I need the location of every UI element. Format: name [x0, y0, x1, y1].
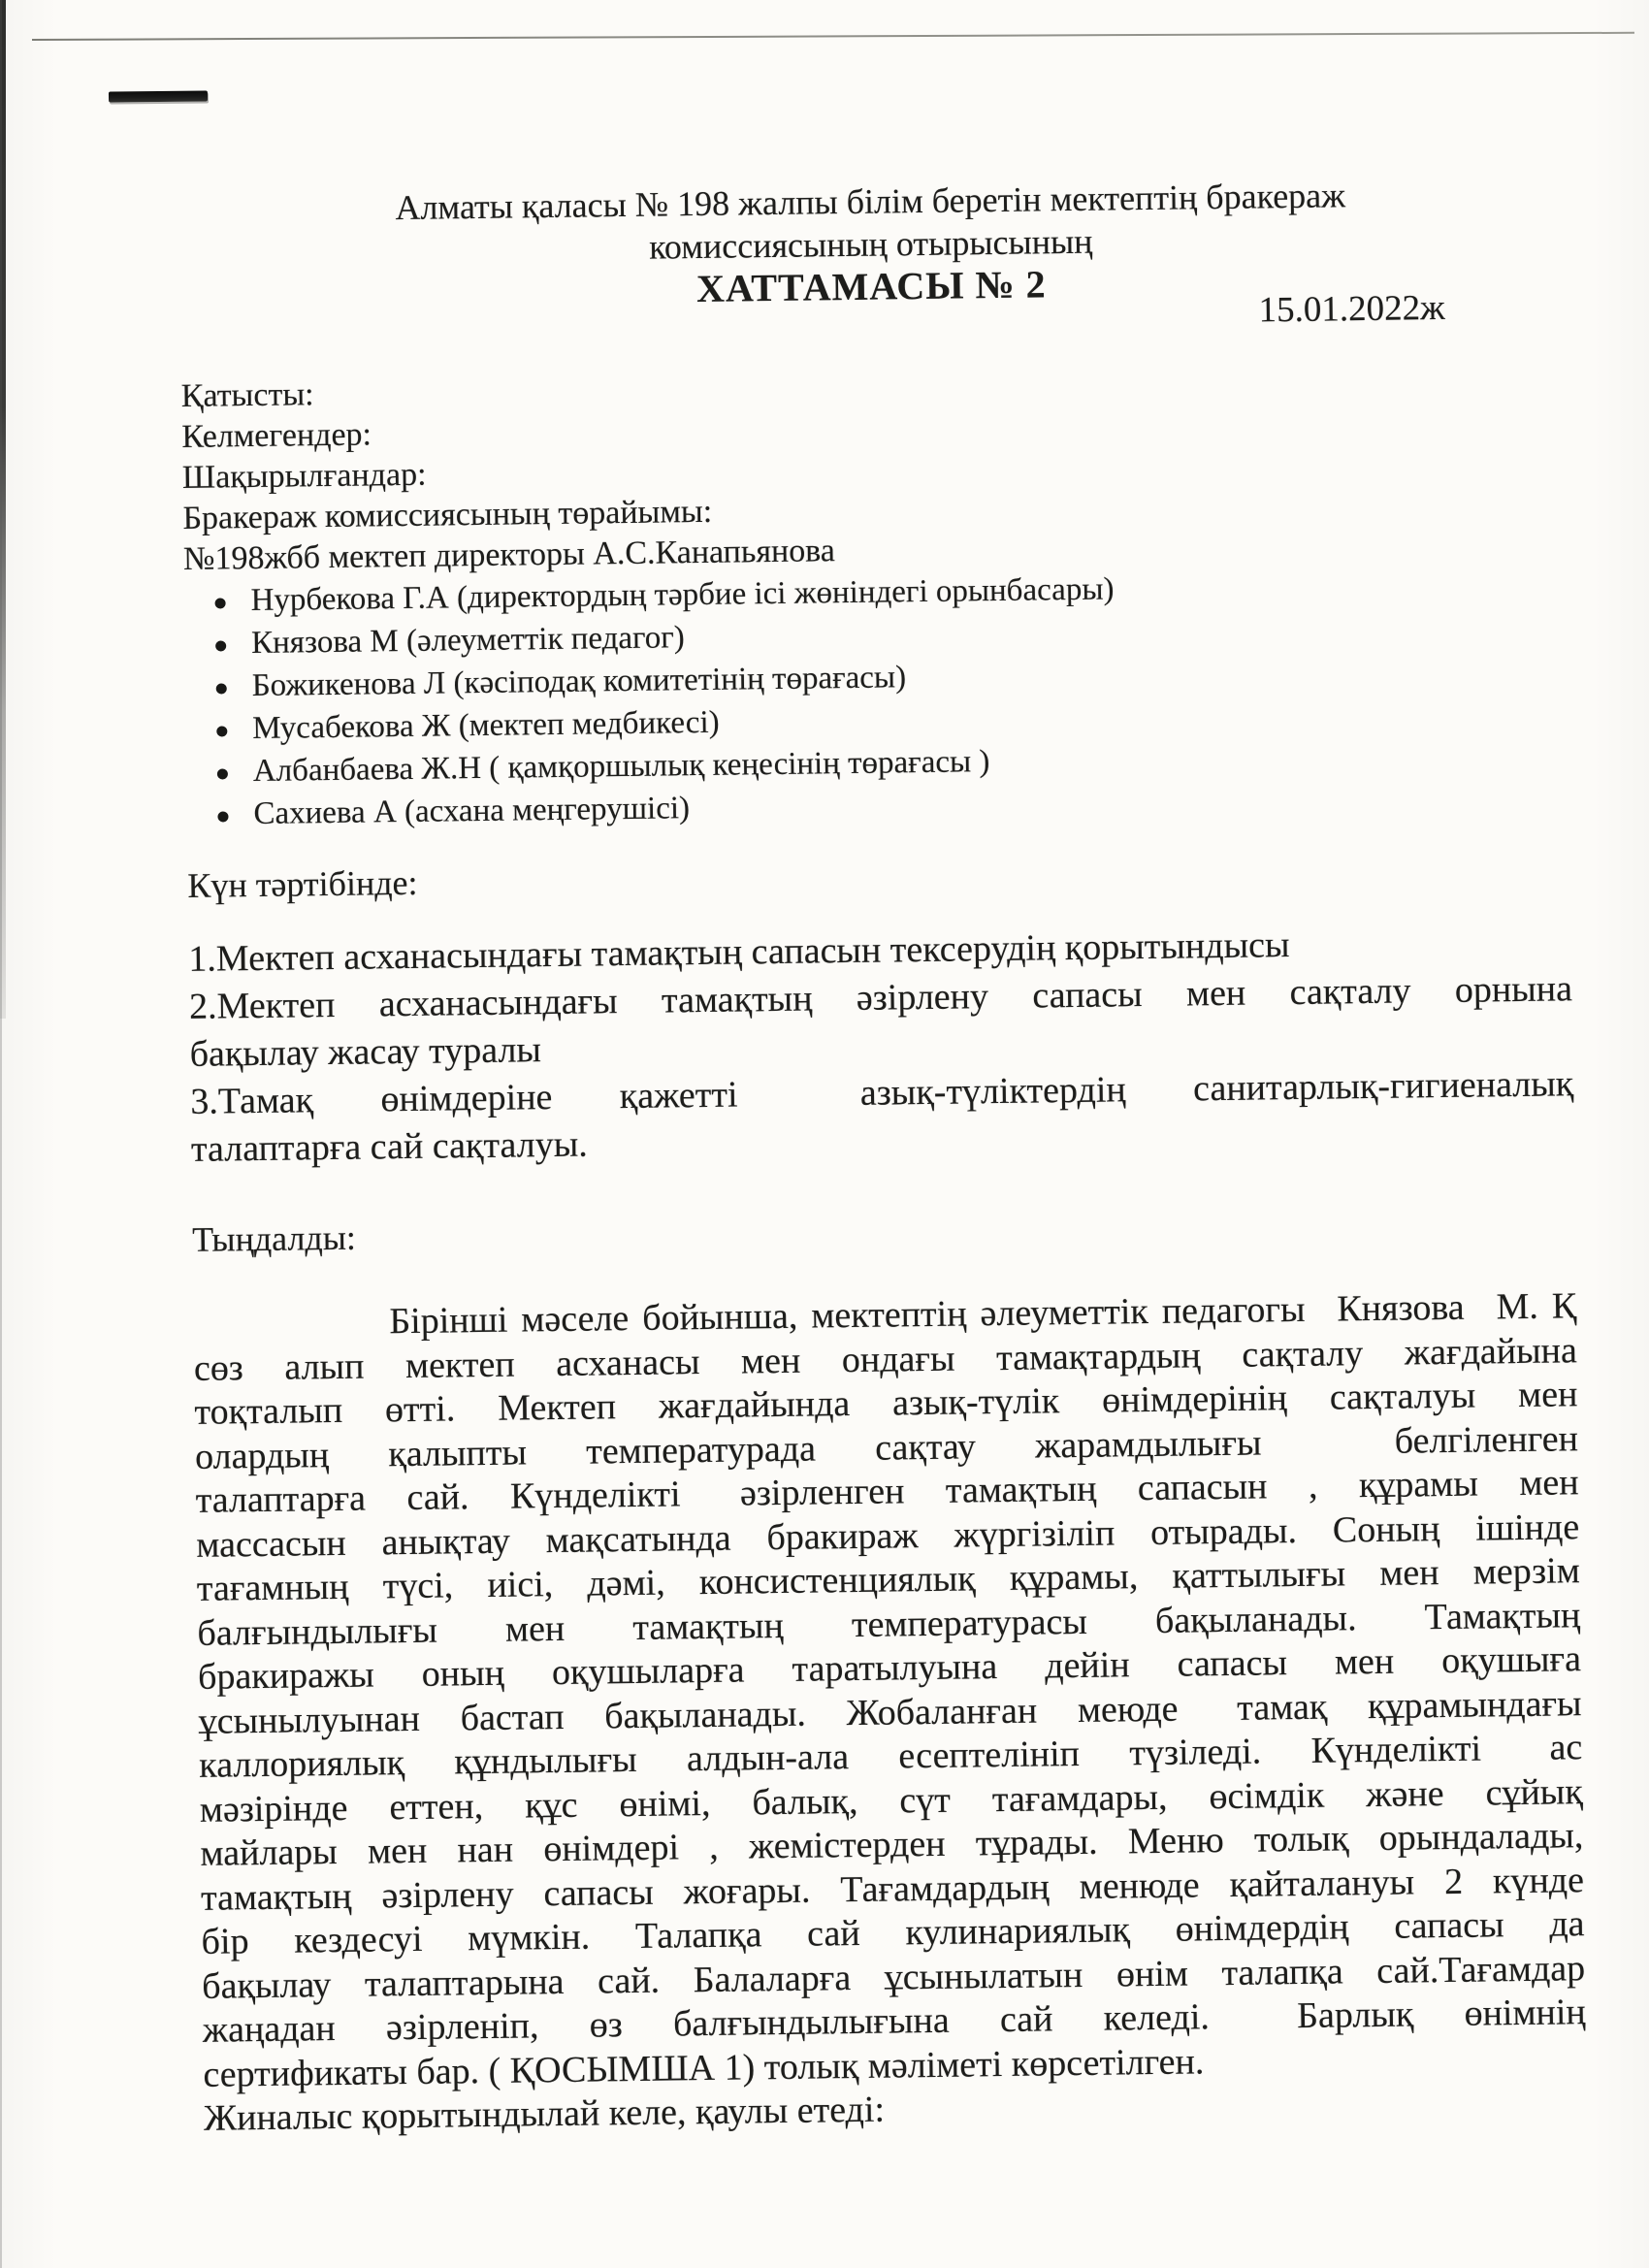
- member-name: Князова М (әлеуметтік педагог): [226, 616, 685, 664]
- scan-hairline: [32, 32, 1634, 41]
- bullet-icon: [215, 640, 226, 651]
- bullet-icon: [216, 726, 227, 736]
- bullet-icon: [216, 683, 227, 694]
- bullet-icon: [215, 598, 226, 608]
- agenda-list: 1.Мектеп асханасындағы тамақтың сапасын …: [188, 918, 1574, 1174]
- document-page: Алматы қаласы № 198 жалпы білім беретін …: [0, 0, 1649, 2268]
- ink-scribble-mark: [109, 90, 208, 102]
- bullet-icon: [217, 811, 228, 822]
- members-list: Нурбекова Г.А (директордың тәрбие ісі жө…: [183, 562, 1569, 836]
- attendance-block: Қатысты: Келмегендер: Шақырылғандар: Бра…: [181, 358, 1568, 580]
- scan-edge-strip-faint: [0, 0, 2, 2268]
- heard-heading: Тыңдалды:: [192, 1199, 1575, 1262]
- heard-paragraph: Бірінші мәселе бойынша, мектептің әлеуме…: [193, 1284, 1587, 2141]
- document-content: Алматы қаласы № 198 жалпы білім беретін …: [178, 171, 1587, 2141]
- member-name: Сахиева А (асхана меңгерушісі): [228, 787, 690, 835]
- bullet-icon: [217, 768, 228, 779]
- member-name: Мусабекова Ж (мектеп медбикесі): [227, 701, 720, 751]
- agenda-heading: Күн тәртібінде:: [187, 845, 1570, 908]
- member-name: Божикенова Л (кәсіподақ комитетінің төра…: [226, 656, 906, 707]
